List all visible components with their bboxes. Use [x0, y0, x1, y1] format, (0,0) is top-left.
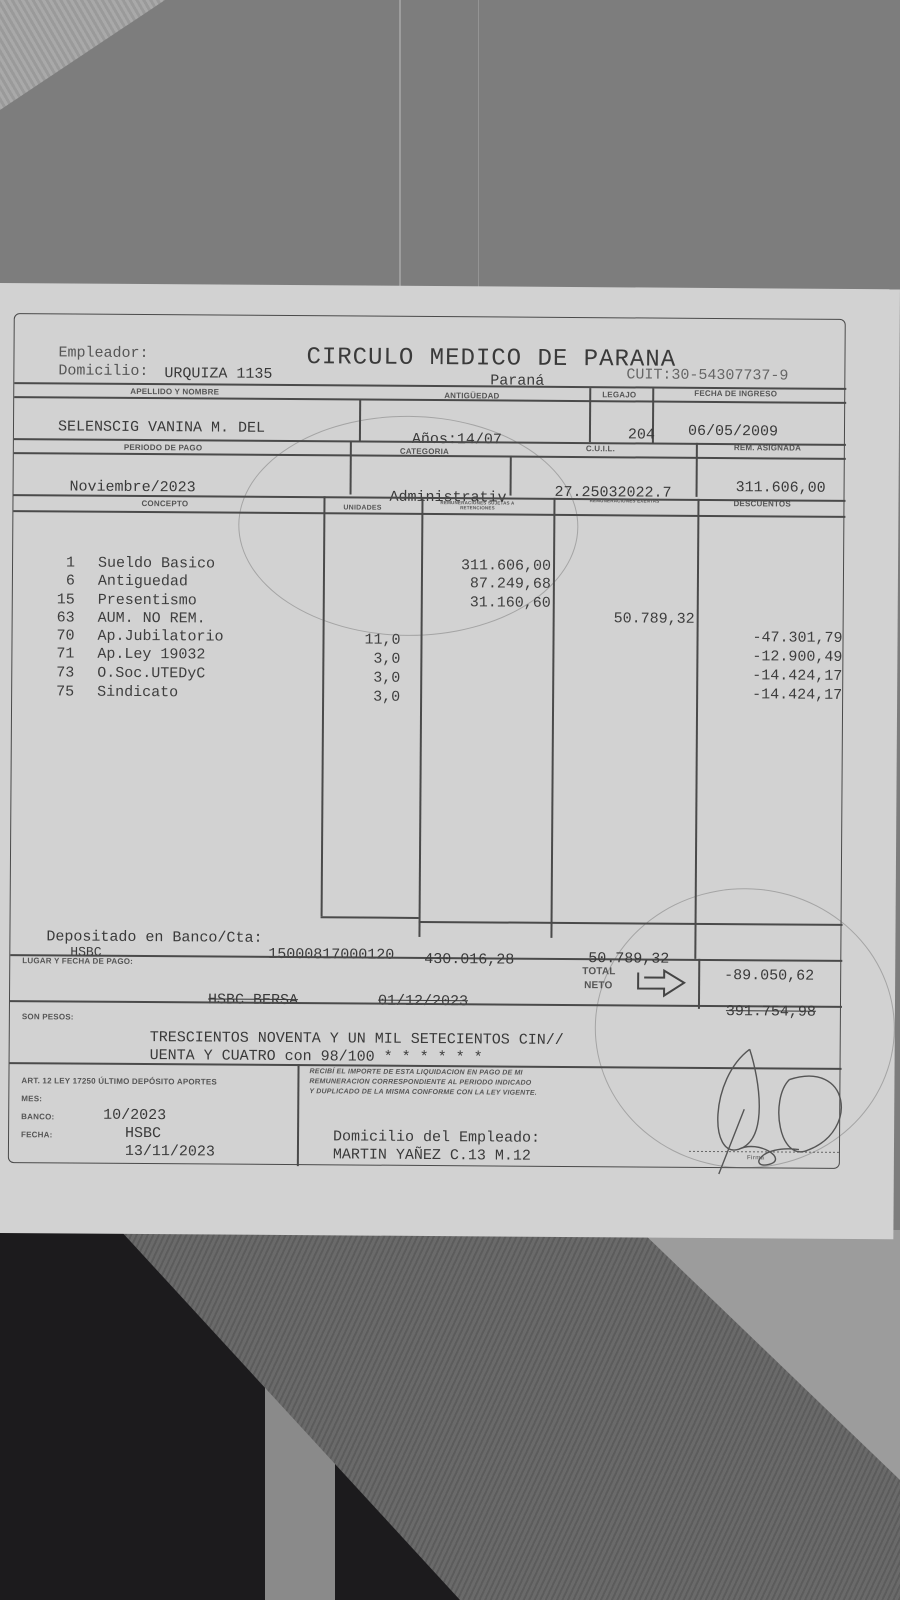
deposit-account: 15000817000120	[268, 946, 394, 964]
net-total: 391.754,98	[726, 1003, 816, 1021]
deduction-amount: -14.424,17	[696, 686, 842, 705]
signature-label: Firma	[747, 1155, 764, 1161]
concept-code: 63	[49, 609, 75, 627]
net-total-label-2: NETO	[584, 980, 612, 991]
contributions-month: 10/2023	[103, 1107, 166, 1124]
concept-header: CONCEPTO	[141, 499, 188, 508]
taxable-amount: 31.160,60	[421, 594, 551, 613]
background-wood-corner	[0, 0, 200, 120]
signature-line	[689, 1151, 839, 1153]
receipt-legend-1: RECIBÍ EL IMPORTE DE ESTA LIQUIDACION EN…	[309, 1068, 522, 1076]
divider	[321, 916, 419, 918]
employer-address-label: Domicilio:	[58, 362, 148, 380]
employee-file-number: 204	[628, 426, 655, 443]
seniority-label: ANTIGÜEDAD	[444, 391, 499, 400]
payment-place: HSBC BERSA	[208, 991, 298, 1009]
receipt-legend-3: Y DUPLICADO DE LA MISMA CONFORME CON LA …	[309, 1088, 537, 1097]
concept-name: Ap.Jubilatorio	[97, 628, 223, 646]
taxable-amount: 311.606,00	[421, 557, 551, 576]
units-value: 3,0	[322, 650, 400, 669]
deduction-amount: -12.900,49	[696, 648, 842, 667]
contributions-title: ART. 12 LEY 17250 ÚLTIMO DEPÓSITO APORTE…	[21, 1076, 217, 1086]
table-row: 73 O.Soc.UTEDyC	[48, 664, 205, 683]
employee-hire-date: 06/05/2009	[688, 423, 778, 441]
deductions-total: -89.050,62	[724, 967, 814, 985]
employer-cuit: CUIT:30-54307737-9	[626, 366, 788, 384]
exempt-header: REMUNERACIONES EXENTAS	[569, 498, 679, 504]
exempt-amount: 50.789,32	[553, 610, 695, 629]
assigned-pay: 311.606,00	[736, 479, 826, 497]
net-total-label: TOTAL	[582, 966, 615, 977]
payslip-document: Empleador: CIRCULO MEDICO DE PARANA Domi…	[0, 283, 900, 1239]
divider	[297, 1064, 299, 1166]
employee-address: MARTIN YAÑEZ C.13 M.12	[333, 1146, 531, 1164]
concept-code: 73	[48, 664, 74, 682]
divider	[359, 399, 361, 441]
concept-name: AUM. NO REM.	[98, 610, 206, 628]
name-label: APELLIDO Y NOMBRE	[130, 387, 219, 397]
units-value: 3,0	[322, 669, 400, 688]
contributions-bank: HSBC	[125, 1125, 161, 1142]
divider	[698, 959, 700, 1009]
category-label: CATEGORIA	[400, 447, 449, 456]
place-date-label: LUGAR Y FECHA DE PAGO:	[22, 956, 133, 966]
units-value: 11,0	[322, 631, 400, 650]
employee-name: SELENSCIG VANINA M. DEL	[58, 418, 265, 436]
arrow-right-icon	[634, 968, 688, 998]
amount-words-line1: TRESCIENTOS NOVENTA Y UN MIL SETECIENTOS…	[150, 1029, 564, 1049]
deductions-header: DESCUENTOS	[733, 499, 790, 508]
concept-name: Ap.Ley 19032	[97, 646, 205, 664]
concept-code: 6	[49, 572, 75, 590]
divider	[350, 440, 352, 494]
concept-name: Sueldo Basico	[98, 555, 215, 573]
divider	[419, 921, 843, 925]
divider	[696, 443, 698, 497]
exempt-total: 50.789,32	[588, 950, 669, 968]
divider	[589, 388, 591, 442]
table-row: 1 Sueldo Basico	[49, 554, 215, 573]
contributions-month-label: MES:	[21, 1094, 42, 1103]
employer-header: Empleador: CIRCULO MEDICO DE PARANA Domi…	[15, 314, 845, 320]
file-label: LEGAJO	[602, 390, 636, 399]
taxable-header: REMUNERACIONES SUJETAS A RETENCIONES	[427, 500, 527, 511]
employer-address: URQUIZA 1135	[164, 365, 272, 383]
concept-name: Presentismo	[98, 592, 197, 610]
taxable-total: 430.016,28	[424, 951, 514, 969]
payslip-form: Empleador: CIRCULO MEDICO DE PARANA Domi…	[8, 313, 846, 1169]
period-label: PERIODO DE PAGO	[124, 443, 202, 453]
hire-date-label: FECHA DE INGRESO	[694, 389, 777, 399]
contributions-date-label: FECHA:	[21, 1130, 52, 1139]
table-row: 63 AUM. NO REM.	[49, 609, 206, 628]
taxable-amount: 87.249,68	[421, 575, 551, 594]
concept-code: 75	[48, 683, 74, 701]
concept-name: Antiguedad	[98, 573, 188, 591]
divider	[13, 510, 845, 517]
concept-name: Sindicato	[97, 684, 178, 702]
payment-date: 01/12/2023	[378, 993, 468, 1011]
concept-code: 1	[49, 554, 75, 572]
table-row: 15 Presentismo	[49, 591, 197, 610]
concept-name: O.Soc.UTEDyC	[97, 665, 205, 683]
column-divider	[694, 499, 699, 959]
concept-code: 70	[48, 627, 74, 645]
receipt-legend-2: REMUNERACION CORRESPONDIENTE AL PERIODO …	[309, 1078, 531, 1087]
employee-seniority: Años:14/07	[412, 431, 502, 449]
employer-label: Empleador:	[58, 344, 148, 362]
table-row: 70 Ap.Jubilatorio	[48, 627, 223, 646]
deduction-amount: -14.424,17	[696, 667, 842, 686]
assigned-pay-label: REM. ASIGNADA	[734, 443, 801, 452]
units-header: UNIDADES	[343, 504, 381, 511]
concept-code: 15	[49, 591, 75, 609]
column-divider	[550, 498, 555, 938]
table-row: 6 Antiguedad	[49, 572, 188, 591]
cuil-label: C.U.I.L.	[586, 444, 615, 453]
contributions-date: 13/11/2023	[125, 1143, 215, 1161]
employee-address-label: Domicilio del Empleado:	[333, 1128, 540, 1146]
concept-code: 71	[48, 645, 74, 663]
divider	[510, 456, 512, 496]
amount-words-label: SON PESOS:	[22, 1012, 74, 1021]
table-row: 75 Sindicato	[48, 683, 178, 702]
contributions-bank-label: BANCO:	[21, 1112, 54, 1121]
table-row: 71 Ap.Ley 19032	[48, 645, 205, 664]
units-value: 3,0	[322, 688, 400, 707]
deduction-amount: -47.301,79	[696, 629, 842, 648]
payslip-table-body: 1 Sueldo Basico 311.606,00 6 Antiguedad …	[15, 314, 845, 320]
employer-name: CIRCULO MEDICO DE PARANA	[306, 344, 676, 374]
